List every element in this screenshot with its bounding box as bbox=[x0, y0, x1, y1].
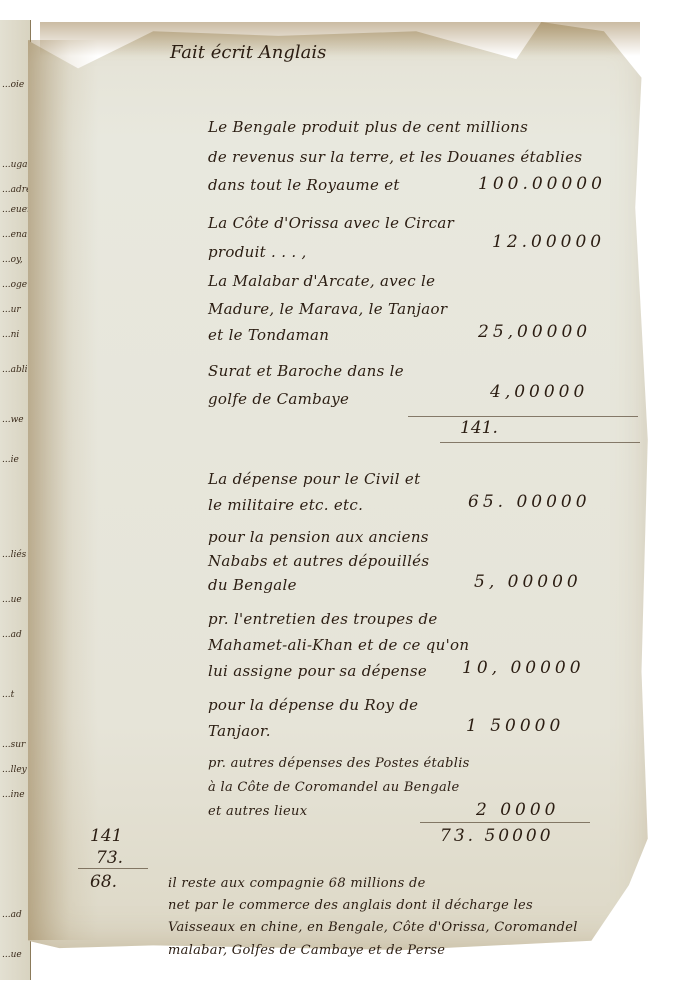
expense-line: à la Côte de Coromandel au Bengale bbox=[208, 780, 459, 795]
expense-amount: 10, 00000 bbox=[462, 658, 585, 678]
left-page-fragment: ...ie bbox=[2, 455, 19, 465]
entry-line: de revenus sur la terre, et les Douanes … bbox=[208, 148, 582, 166]
entry-amount: 100.00000 bbox=[478, 174, 606, 194]
expense-line: Tanjaor. bbox=[208, 722, 271, 740]
expense-line: pr. l'entretien des troupes de bbox=[208, 610, 438, 628]
expense-line: le militaire etc. etc. bbox=[208, 496, 363, 514]
entry-line: La Côte d'Orissa avec le Circar bbox=[208, 214, 454, 232]
expense-line: pr. autres dépenses des Postes établis bbox=[208, 756, 470, 771]
entry-line: La Malabar d'Arcate, avec le bbox=[208, 272, 435, 290]
revenue-subtotal: 141. bbox=[460, 418, 498, 438]
conclusion-line: malabar, Golfes de Cambaye et de Perse bbox=[168, 943, 445, 958]
left-page-fragment: ...lley bbox=[2, 765, 27, 775]
top-edge-stain bbox=[40, 22, 640, 56]
left-page-fragment: ...ue bbox=[2, 595, 22, 605]
left-page-fragment: ...abli bbox=[2, 365, 27, 375]
expense-line: lui assigne pour sa dépense bbox=[208, 662, 427, 680]
left-page-fragment: ...ad bbox=[2, 630, 22, 640]
left-page-fragment: ...ena bbox=[2, 230, 27, 240]
expense-amount: 2 0000 bbox=[476, 800, 559, 820]
expense-amount: 5, 00000 bbox=[474, 572, 582, 592]
expense-amount: 65. 00000 bbox=[468, 492, 591, 512]
binding-gutter-shadow bbox=[28, 40, 98, 940]
expense-line: La dépense pour le Civil et bbox=[208, 470, 420, 488]
conclusion-line: Vaisseaux en chine, en Bengale, Côte d'O… bbox=[168, 920, 578, 935]
entry-amount: 12.00000 bbox=[492, 232, 605, 252]
entry-amount: 25,00000 bbox=[478, 322, 591, 342]
left-page-fragment: ...ue bbox=[2, 950, 22, 960]
expense-line: et autres lieux bbox=[208, 804, 307, 819]
sum-rule bbox=[408, 416, 638, 417]
entry-line: Madure, le Marava, le Tanjaor bbox=[208, 300, 447, 318]
left-page-fragment: ...euer bbox=[2, 205, 31, 215]
entry-line: dans tout le Royaume et bbox=[208, 176, 400, 194]
expense-line: du Bengale bbox=[208, 576, 297, 594]
conclusion-line: il reste aux compagnie 68 millions de bbox=[168, 876, 426, 891]
expense-line: Nababs et autres dépouillés bbox=[208, 552, 429, 570]
left-page-fragment: ...oie bbox=[2, 80, 24, 90]
entry-line: produit . . . , bbox=[208, 243, 307, 261]
expense-amount: 1 50000 bbox=[466, 716, 564, 736]
left-page-fragment: ...t bbox=[2, 690, 14, 700]
left-page-fragment: ...ad bbox=[2, 910, 22, 920]
left-page-fragment: ...oy, bbox=[2, 255, 23, 265]
page-title: Fait écrit Anglais bbox=[170, 42, 326, 63]
left-page-fragment: ...liés bbox=[2, 550, 26, 560]
left-page-fragment: ...ur bbox=[2, 305, 21, 315]
left-page-fragment: ...sur bbox=[2, 740, 25, 750]
margin-calc-rule bbox=[78, 868, 148, 869]
expense-line: pour la pension aux anciens bbox=[208, 528, 429, 546]
entry-line: Le Bengale produit plus de cent millions bbox=[208, 118, 528, 136]
entry-line: et le Tondaman bbox=[208, 326, 329, 344]
expense-line: pour la dépense du Roy de bbox=[208, 696, 418, 714]
left-facing-page: ...oie ...uganis ...adre ...euer ...ena … bbox=[0, 20, 31, 980]
margin-calc-line: 141 bbox=[90, 826, 122, 846]
left-page-fragment: ...adre bbox=[2, 185, 31, 195]
margin-calc-result: 68. bbox=[90, 872, 117, 892]
left-page-fragment: ...oge bbox=[2, 280, 27, 290]
sum-rule bbox=[420, 822, 590, 823]
entry-amount: 4,00000 bbox=[490, 382, 588, 402]
expense-line: Mahamet-ali-Khan et de ce qu'on bbox=[208, 636, 469, 654]
entry-line: Surat et Baroche dans le bbox=[208, 362, 404, 380]
conclusion-line: net par le commerce des anglais dont il … bbox=[168, 898, 533, 913]
sum-rule bbox=[440, 442, 640, 443]
margin-calc-line: 73. bbox=[96, 848, 123, 868]
left-page-fragment: ...ni bbox=[2, 330, 19, 340]
entry-line: golfe de Cambaye bbox=[208, 390, 349, 408]
left-page-fragment: ...we bbox=[2, 415, 24, 425]
expenses-total: 73. 50000 bbox=[440, 826, 554, 846]
left-page-fragment: ...ine bbox=[2, 790, 25, 800]
